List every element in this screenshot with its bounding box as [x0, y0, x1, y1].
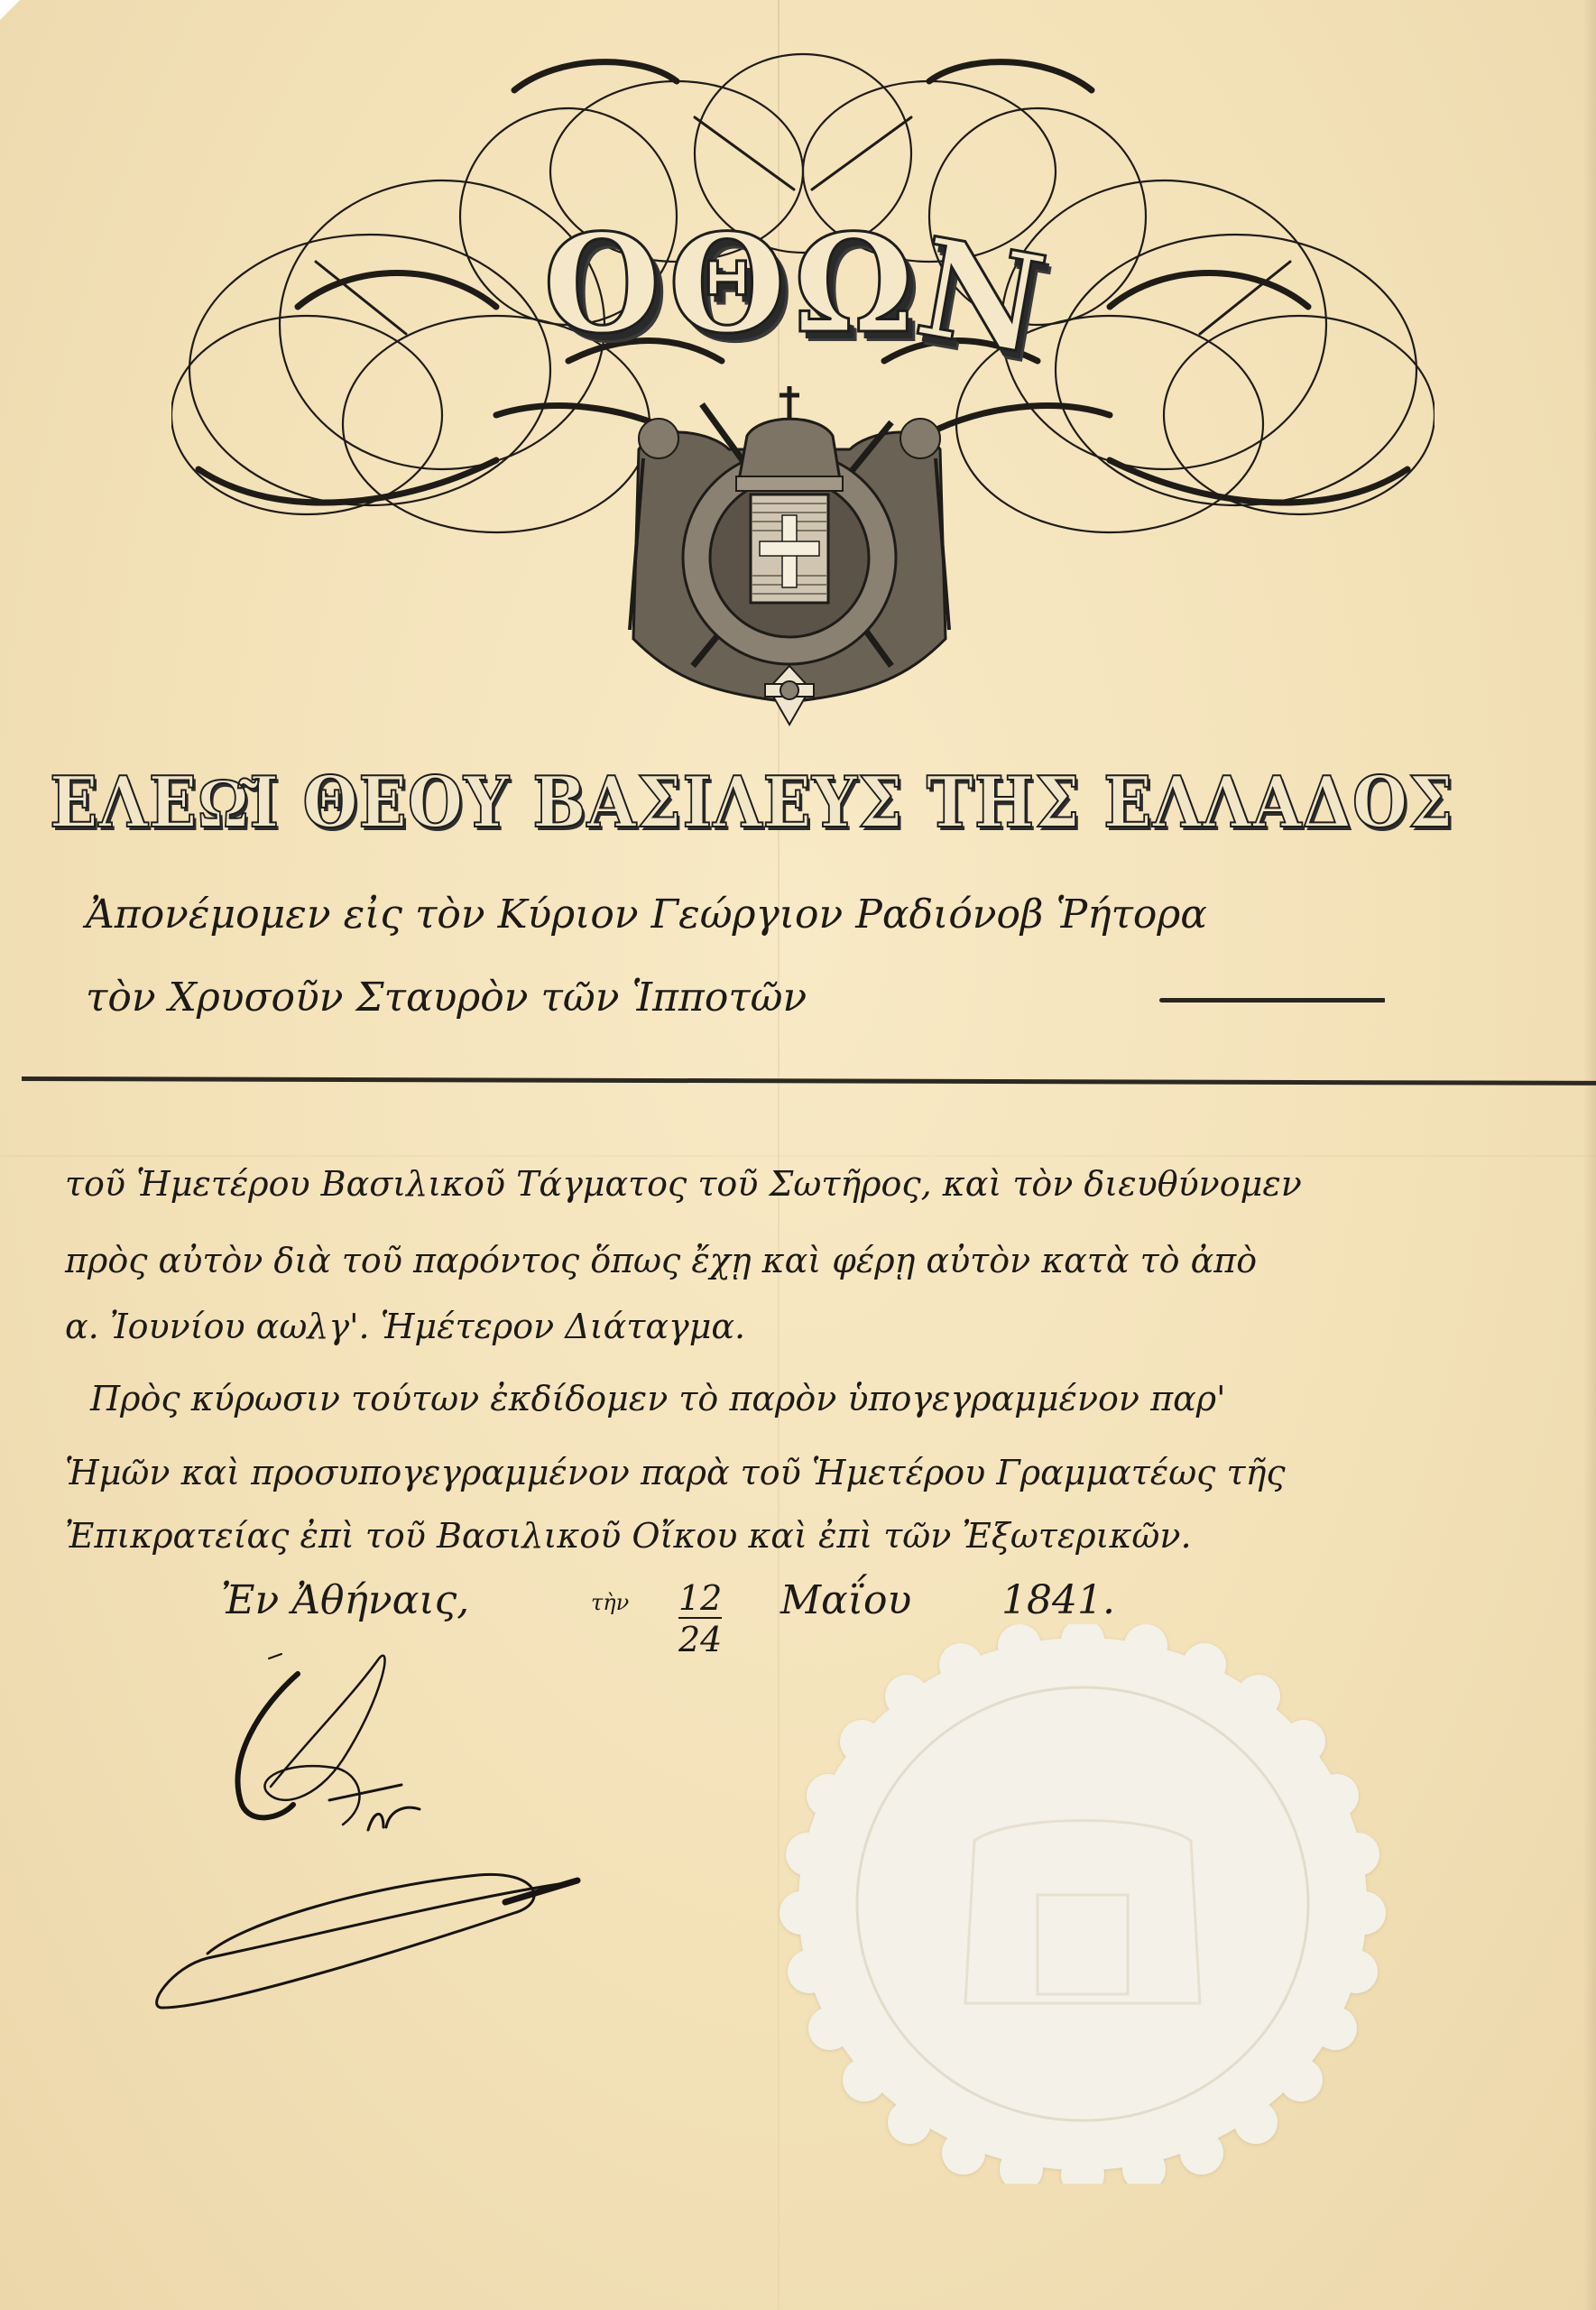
section-divider-rule	[22, 1076, 1596, 1086]
body-line-2: πρὸς αὐτὸν διὰ τοῦ παρόντος ὅπως ἔχῃ καὶ…	[65, 1241, 1257, 1280]
body-line-4: Πρὸς κύρωσιν τούτων ἐκδίδομεν τὸ παρὸν ὑ…	[90, 1379, 1226, 1418]
body-line-5: Ἡμῶν καὶ προσυπογεγραμμένον παρὰ τοῦ Ἡμε…	[65, 1453, 1286, 1492]
body-line-3: α. Ἰουνίου αωλγ'. Ἡμέτερον Διάταγμα.	[65, 1307, 745, 1346]
date-place: Ἐν Ἀθήναις,	[221, 1577, 469, 1623]
monarch-name-title: Ο Θ Ω Ν	[505, 208, 1083, 361]
torn-corner	[0, 0, 20, 20]
line-end-flourish	[1159, 998, 1385, 1003]
body-line-6: Ἐπικρατείας ἐπὶ τοῦ Βασιλικοῦ Οἴκου καὶ …	[65, 1516, 1192, 1556]
royal-coat-of-arms-icon	[603, 368, 976, 731]
royal-title-line: ΕΛΕΩ͂Ι ΘΕΟΥ ΒΑΣΙΛΕΥΣ ΤΗΣ ΕΛΛΑΔΟΣ	[50, 762, 1333, 844]
diploma-sheet: Ο Θ Ω Ν	[0, 0, 1596, 2310]
king-signature-icon	[135, 1624, 812, 2030]
paper-edge-shadow	[1583, 0, 1596, 2310]
title-letter-theta: Θ	[669, 217, 787, 352]
award-line-1: Ἀπονέμομεν εἰς τὸν Κύριον Γεώργιον Ραδιό…	[86, 892, 1207, 938]
title-letter-omega: Ω	[793, 217, 914, 352]
date-year: 1841.	[1001, 1577, 1115, 1623]
embossed-royal-seal-icon	[776, 1624, 1389, 2184]
title-letter-nu: Ν	[908, 219, 1053, 374]
horizontal-fold-crease	[0, 1155, 1596, 1157]
date-day-old-style: 12	[678, 1581, 722, 1619]
award-line-2: τὸν Χρυσοῦν Σταυρὸν τῶν Ἱπποτῶν	[86, 975, 807, 1021]
title-letter-omicron: Ο	[543, 217, 661, 352]
date-month: Μαΐου	[780, 1577, 911, 1623]
body-line-1: τοῦ Ἡμετέρου Βασιλικοῦ Τάγματος τοῦ Σωτῆ…	[65, 1164, 1302, 1204]
date-prefix: τὴν	[591, 1590, 629, 1615]
